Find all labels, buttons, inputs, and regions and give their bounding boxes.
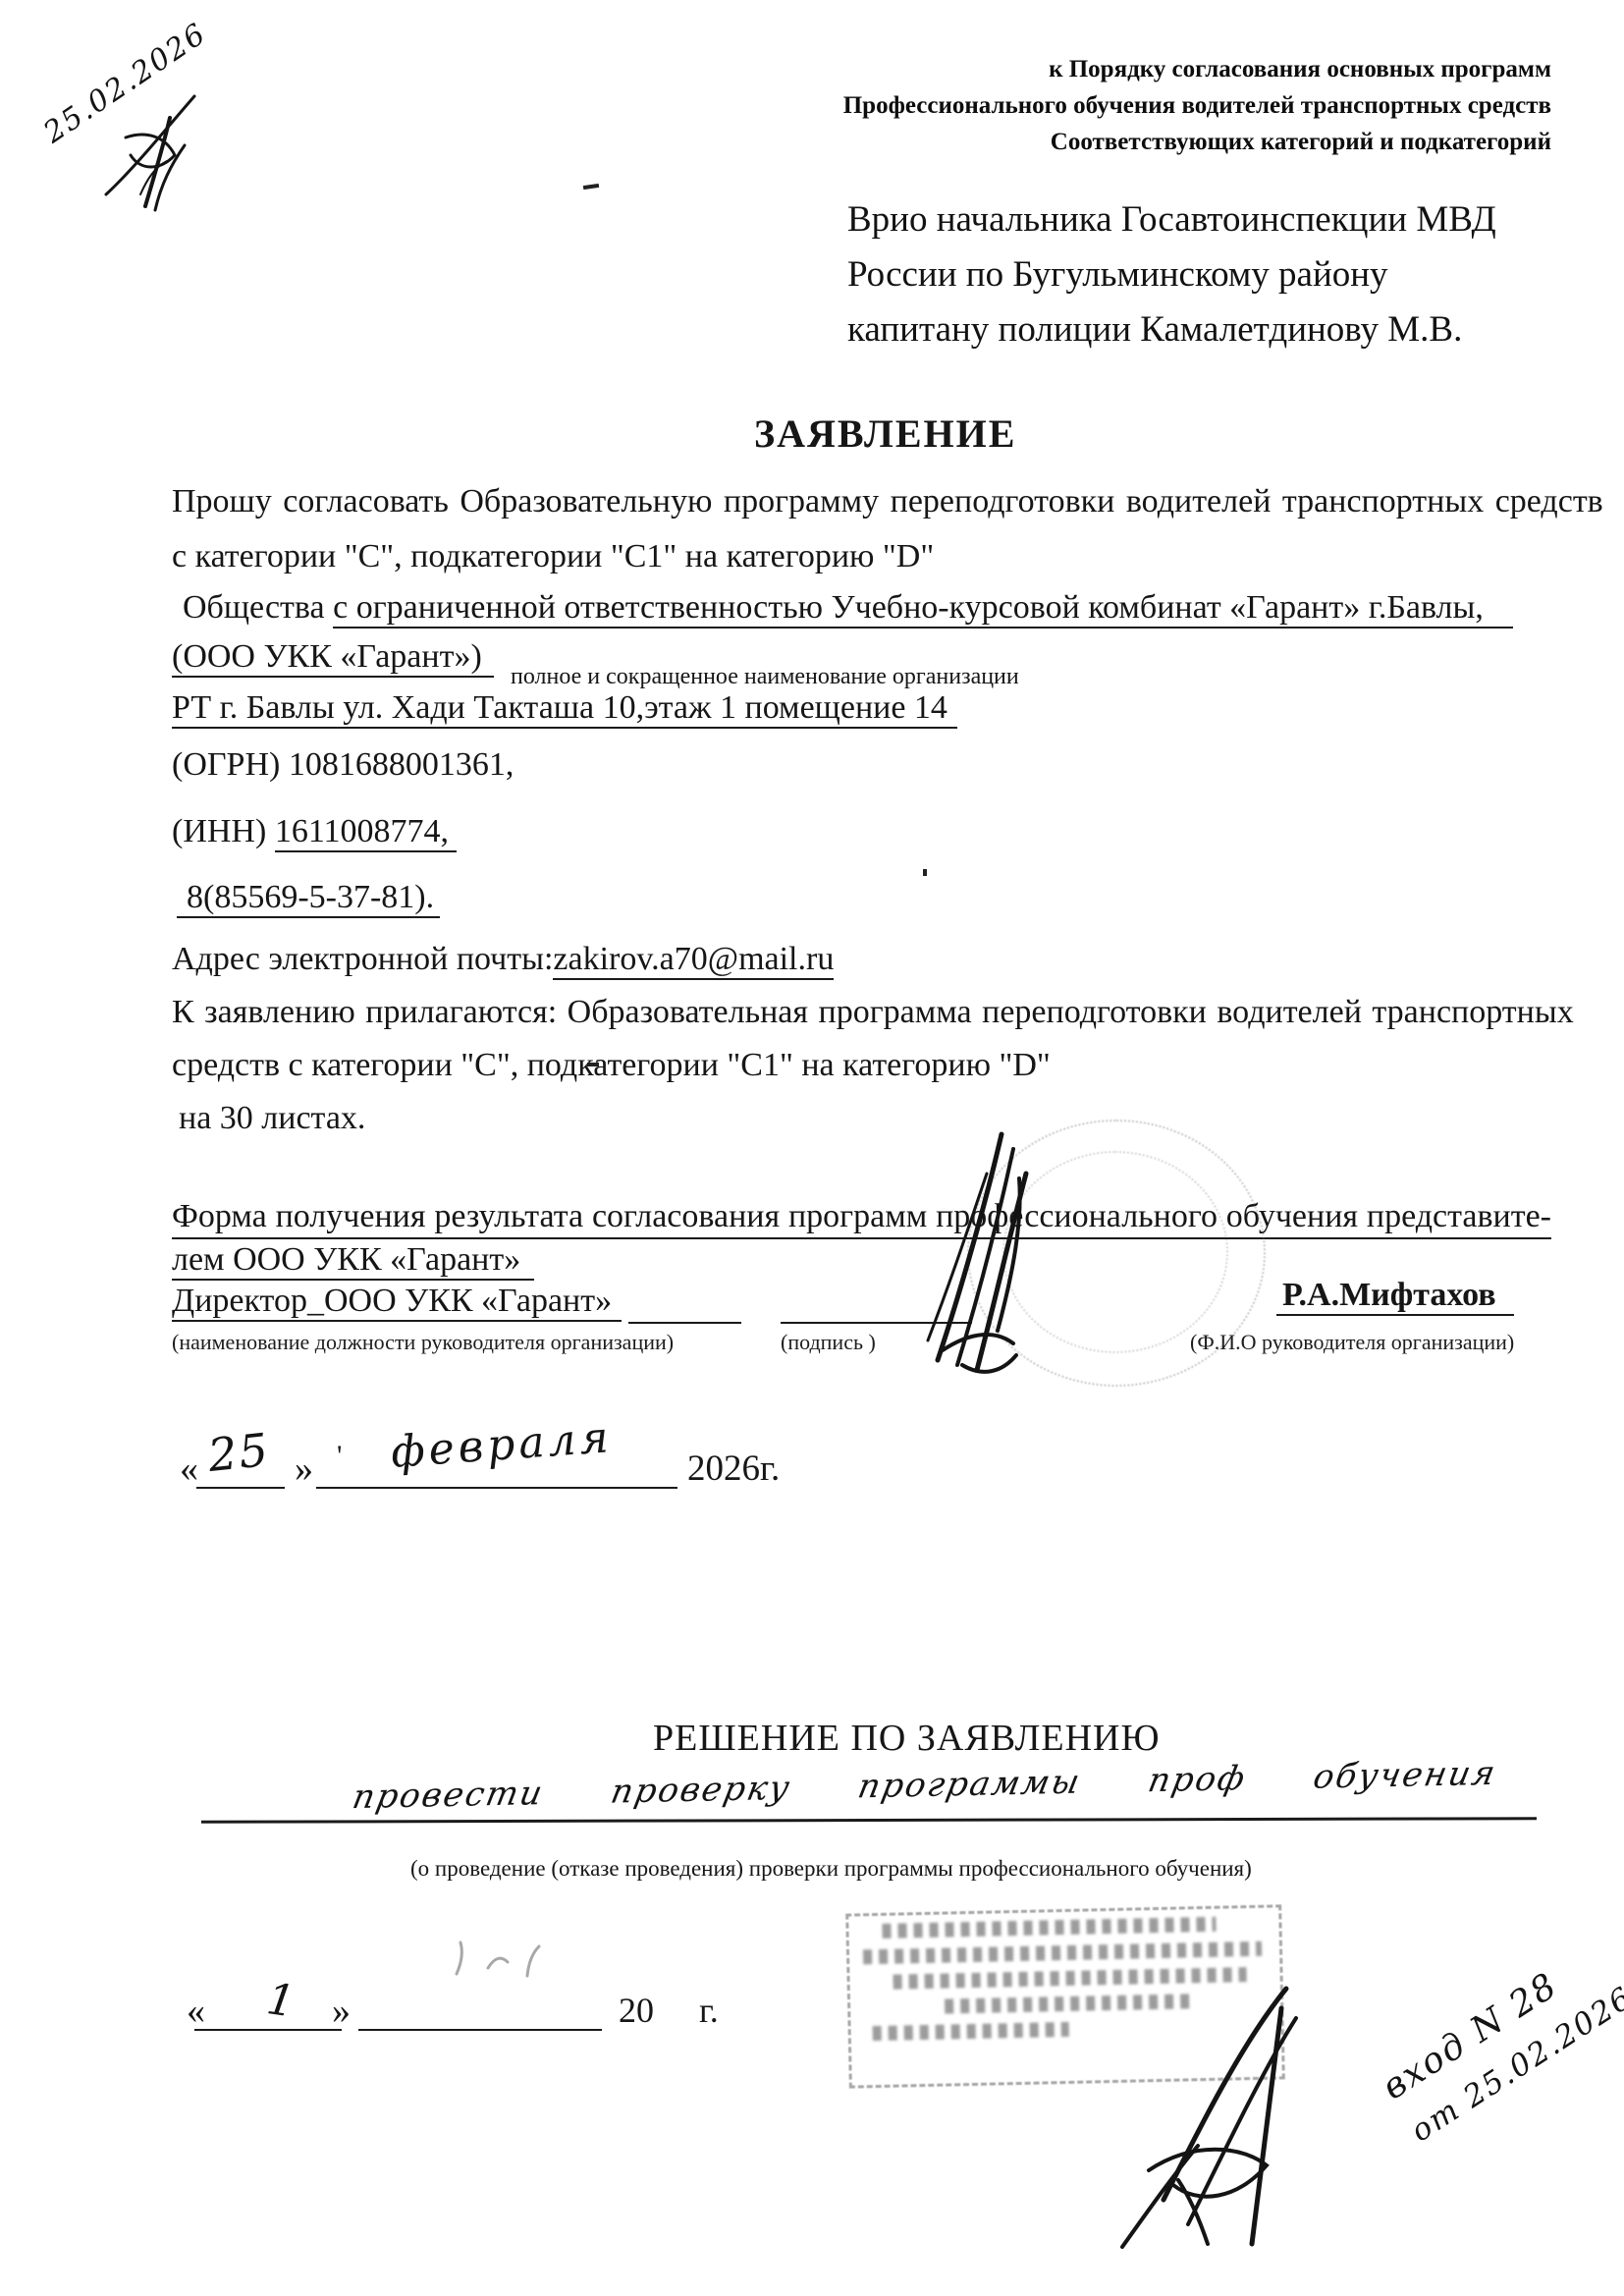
attachments-line-3: на 30 листах. <box>179 1100 365 1137</box>
organization-name-prefix: Общества <box>183 589 325 626</box>
phone-line: 8(85569-5-37-81). <box>177 879 440 916</box>
signature-scribble-topleft <box>86 77 214 214</box>
ogrn-value: 1081688001361, <box>289 746 514 783</box>
organization-name-underlined: с ограниченной ответственностью Учебно-к… <box>333 589 1513 629</box>
caption-position: (наименование должности руководителя орг… <box>172 1330 674 1355</box>
email-line: Адрес электронной почты:zakirov.a70@mail… <box>172 941 834 978</box>
phone-value: 8(85569-5-37-81). <box>177 879 440 918</box>
decision-caption: (о проведение (отказе проведения) провер… <box>410 1856 1252 1882</box>
handwritten-day: 25 <box>205 1423 272 1482</box>
scan-artifact-tick: ' <box>337 1440 342 1473</box>
document-title: ЗАЯВЛЕНИЕ <box>754 410 1016 457</box>
reference-header-line: Соответствующих категорий и подкатегорий <box>668 124 1551 160</box>
decision-handwritten-text: провести проверку программы проф обучени… <box>350 1754 1500 1817</box>
director-position: Директор_ООО УКК «Гарант» <box>172 1283 622 1320</box>
attachments-line-2: средств с категории "С", подкатегории "С… <box>172 1047 1051 1084</box>
decision-handwritten-day: 1 <box>264 1974 300 2028</box>
scan-artifact-dash <box>583 184 599 190</box>
organization-short-name: (ООО УКК «Гарант») <box>172 638 494 676</box>
organization-address-text: РТ г. Бавлы ул. Хади Такташа 10,этаж 1 п… <box>172 689 957 729</box>
organization-name-caption: полное и сокращенное наименование органи… <box>511 664 1019 690</box>
stamp-illegible-text-line <box>882 1917 1216 1939</box>
date-year: 2026г. <box>687 1448 780 1490</box>
director-signature-scribble <box>903 1120 1080 1385</box>
email-value: zakirov.a70@mail.ru <box>553 941 834 980</box>
organization-address: РТ г. Бавлы ул. Хади Такташа 10,этаж 1 п… <box>172 689 957 727</box>
addressee-line: Врио начальника Госавтоинспекции МВД <box>847 192 1496 247</box>
director-name: Р.А.Мифтахов <box>1276 1277 1514 1314</box>
pencil-marks <box>447 1933 574 1982</box>
caption-signature: (подпись ) <box>781 1330 876 1355</box>
decision-date-quote-open: « <box>187 1990 205 2033</box>
attachments-line-1: К заявлению прилагаются: Образовательная… <box>172 994 1574 1031</box>
addressee-line: капитану полиции Камалетдинову М.В. <box>847 302 1496 357</box>
request-line-2: с категории "С", подкатегории "С1" на ка… <box>172 538 934 575</box>
stamp-illegible-text-line <box>863 1941 1262 1964</box>
result-form-line-1: Форма получения результата согласования … <box>172 1198 1551 1239</box>
result-form-line-2: лем ООО УКК «Гарант» <box>172 1241 534 1279</box>
inn-value: 1611008774, <box>275 813 457 852</box>
inn-label: (ИНН) <box>172 813 266 849</box>
decision-date-month-blank <box>358 2029 602 2031</box>
request-line-1: Прошу согласовать Образовательную програ… <box>172 483 1603 520</box>
reference-header-line: Профессионального обучения водителей тра… <box>668 87 1551 124</box>
reference-header-line: к Порядку согласования основных программ <box>668 51 1551 87</box>
decision-date-quote-close: » <box>332 1990 351 2033</box>
decision-title: РЕШЕНИЕ ПО ЗАЯВЛЕНИЮ <box>653 1717 1161 1760</box>
document-page: 25.02.2026 к Порядку согласования основн… <box>0 0 1624 2296</box>
signature-blank-line <box>628 1322 741 1324</box>
addressee-block: Врио начальника Госавтоинспекции МВД Рос… <box>847 192 1496 357</box>
organization-name-line: Общества с ограниченной ответственностью… <box>183 589 1513 627</box>
scan-artifact-dot <box>923 869 927 876</box>
result-form-line-2-text: лем ООО УКК «Гарант» <box>172 1241 534 1281</box>
ogrn-label: (ОГРН) <box>172 746 280 783</box>
addressee-line: России по Бугульминскому району <box>847 247 1496 302</box>
ogrn-line: (ОГРН) 1081688001361, <box>172 746 514 784</box>
stamp-illegible-text-line <box>873 2022 1069 2041</box>
organization-short-name-text: (ООО УКК «Гарант») <box>172 638 494 678</box>
date-quote-open: « <box>180 1448 198 1491</box>
decision-blank-line <box>201 1817 1537 1824</box>
handwritten-registration-note: вход N 28 от 25.02.2026 <box>1373 1931 1624 2157</box>
director-name-text: Р.А.Мифтахов <box>1276 1277 1514 1316</box>
decision-date-year-prefix: 20 <box>619 1990 654 2031</box>
email-label: Адрес электронной почты: <box>172 941 553 977</box>
date-quote-close: » <box>295 1448 313 1491</box>
caption-name: (Ф.И.О руководителя организации) <box>1190 1330 1514 1355</box>
approval-signature-scribble <box>1105 1964 1321 2249</box>
inn-line: (ИНН) 1611008774, <box>172 813 457 850</box>
director-position-text: Директор_ООО УКК «Гарант» <box>172 1283 622 1322</box>
date-month-blank <box>316 1487 677 1489</box>
decision-date-year-suffix: г. <box>699 1990 719 2031</box>
decision-date-day-blank <box>194 2029 342 2031</box>
reference-header: к Порядку согласования основных программ… <box>668 51 1551 160</box>
date-day-blank <box>196 1487 285 1489</box>
handwritten-month: февраля <box>389 1412 614 1478</box>
